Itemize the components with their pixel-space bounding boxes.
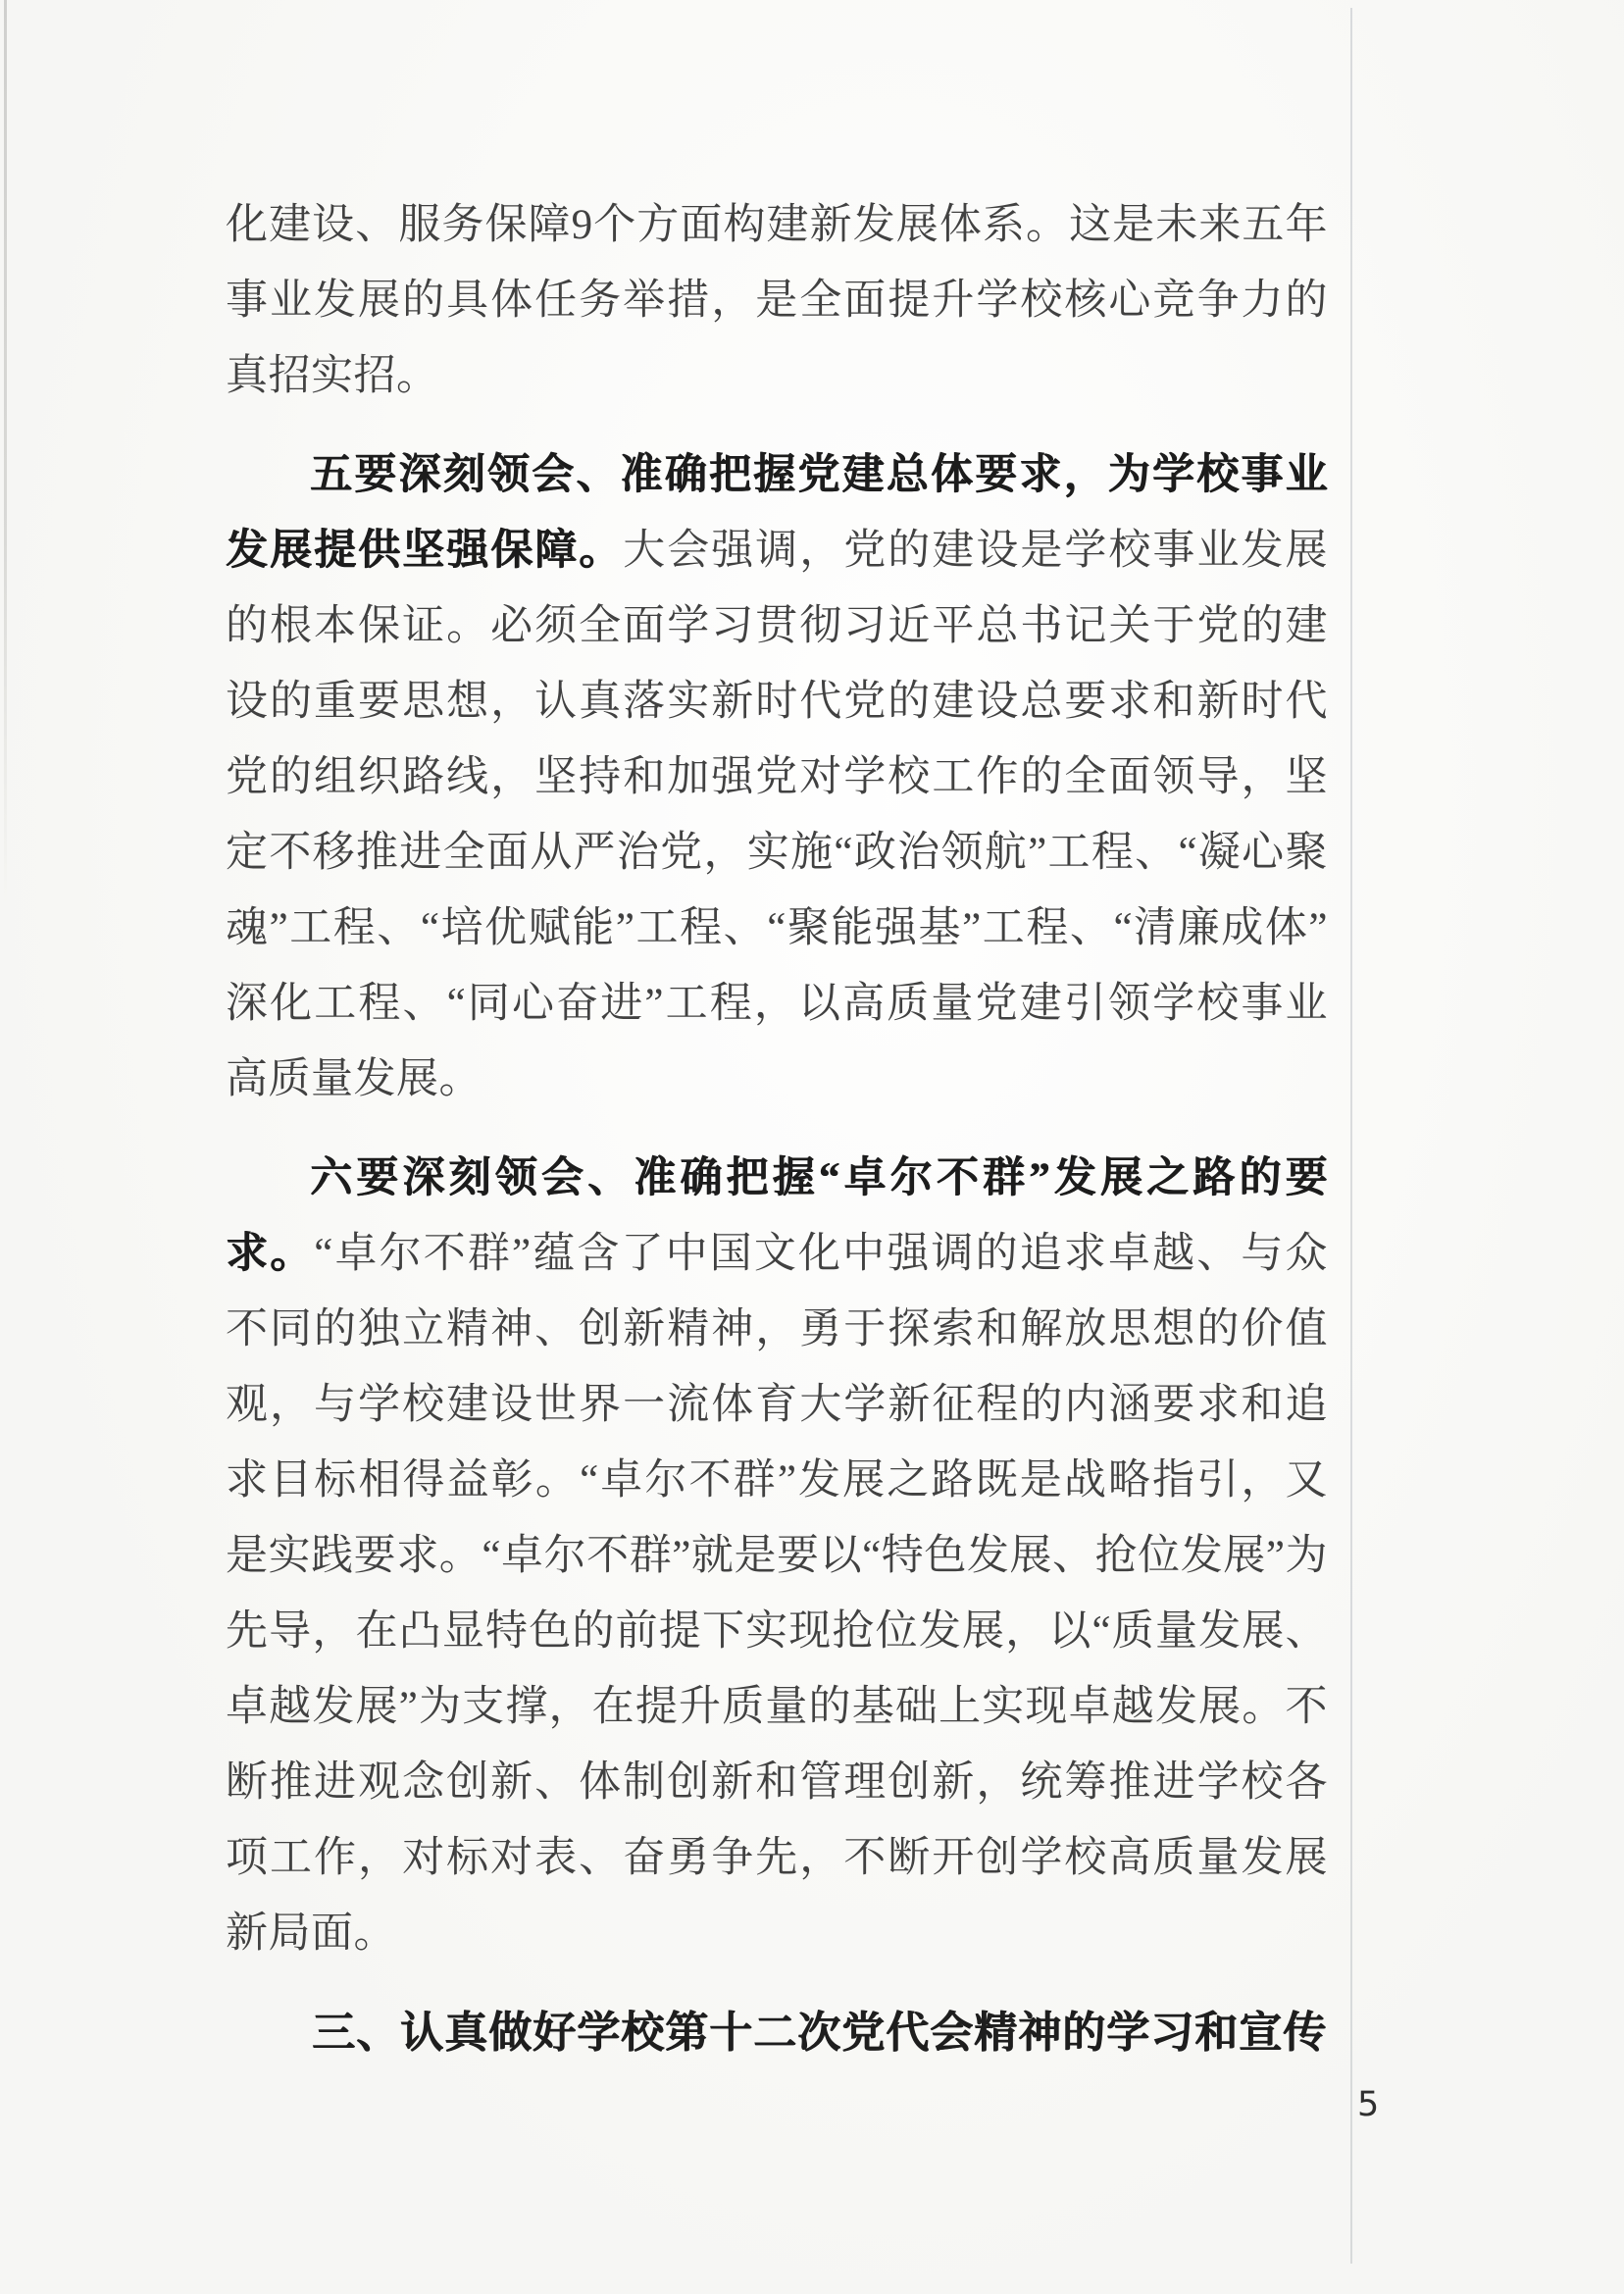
paragraph-text: 化建设、服务保障9个方面构建新发展体系。这是未来五年事业发展的具体任务举措，是全… — [226, 202, 1328, 399]
body-paragraph-point-five: 五要深刻领会、准确把握党建总体要求，为学校事业发展提供坚强保障。大会强调，党的建… — [226, 437, 1328, 1117]
document-page: 化建设、服务保障9个方面构建新发展体系。这是未来五年事业发展的具体任务举措，是全… — [0, 0, 1624, 2294]
section-heading: 三、认真做好学校第十二次党代会精神的学习和宣传 — [226, 1995, 1328, 2070]
body-paragraph-point-six: 六要深刻领会、准确把握“卓尔不群”发展之路的要求。“卓尔不群”蕴含了中国文化中强… — [226, 1141, 1328, 1971]
body-paragraph-continuation: 化建设、服务保障9个方面构建新发展体系。这是未来五年事业发展的具体任务举措，是全… — [226, 187, 1328, 414]
paragraph-text: 大会强调，党的建设是学校事业发展的根本保证。必须全面学习贯彻习近平总书记关于党的… — [226, 528, 1328, 1102]
document-body: 化建设、服务保障9个方面构建新发展体系。这是未来五年事业发展的具体任务举措，是全… — [226, 187, 1328, 2070]
page-number: 5 — [1357, 2085, 1379, 2124]
paragraph-text: “卓尔不群”蕴含了中国文化中强调的追求卓越、与众不同的独立精神、创新精神，勇于探… — [226, 1231, 1328, 1957]
scan-artifact-fold-line — [1350, 8, 1352, 2264]
scan-artifact-left-edge — [4, 0, 7, 902]
